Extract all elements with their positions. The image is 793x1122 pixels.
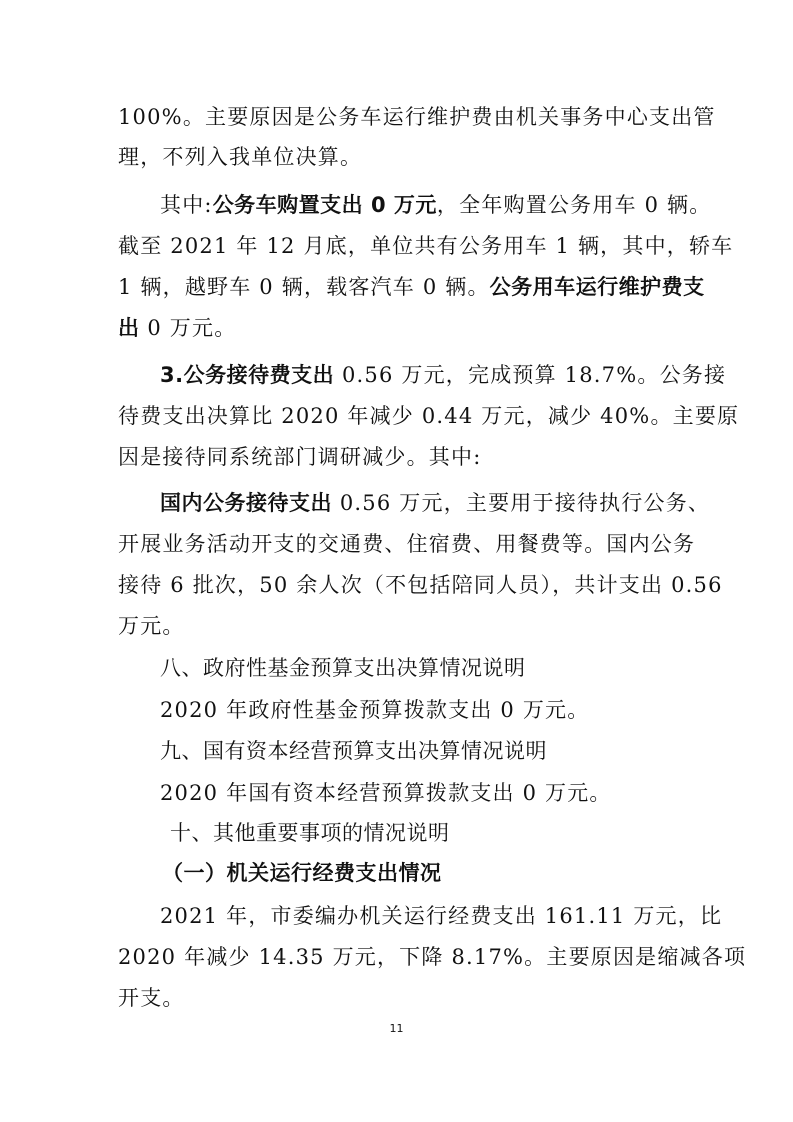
section-heading-10: 十、其他重要事项的情况说明	[170, 813, 450, 853]
section-heading-9: 九、国有资本经营预算支出决算情况说明	[160, 731, 547, 771]
text: 1 辆，越野车 0 辆，载客汽车 0 辆。	[118, 275, 490, 299]
text: 0.56 万元，完成预算 18.7%。公务接	[334, 363, 726, 387]
paragraph-line: 开展业务活动开支的交通费、住宿费、用餐费等。国内公务	[118, 524, 678, 564]
text: ，全年购置公务用车 0 辆。	[437, 193, 712, 217]
text: 理，不列入我单位决算。	[118, 145, 362, 169]
bold-text: 出	[118, 316, 140, 340]
text: 待费支出决算比 2020 年减少 0.44 万元，减少 40%。主要原	[118, 404, 739, 428]
bold-text: 公务用车运行维护费支	[490, 275, 705, 299]
text: 开展业务活动开支的交通费、住宿费、用餐费等。国内公务	[118, 532, 695, 556]
paragraph-line: 开支。	[118, 978, 185, 1018]
paragraph-line: 接待 6 批次，50 余人次（不包括陪同人员），共计支出 0.56	[118, 565, 678, 605]
text: 接待 6 批次，50 余人次（不包括陪同人员），共计支出 0.56	[118, 573, 723, 597]
page-number: 11	[0, 1022, 793, 1035]
paragraph-line: 因是接待同系统部门调研减少。其中:	[118, 437, 481, 477]
subsection-heading: （一）机关运行经费支出情况	[162, 853, 442, 893]
bold-text: 3.公务接待费支出	[160, 363, 334, 387]
section-heading-8: 八、政府性基金预算支出决算情况说明	[160, 648, 526, 688]
paragraph-line: 出 0 万元。	[118, 308, 236, 348]
section-body-8: 2020 年政府性基金预算拨款支出 0 万元。	[160, 690, 589, 730]
bold-text: 公务车购置支出 0 万元	[213, 193, 437, 217]
paragraph-line: 1 辆，越野车 0 辆，载客汽车 0 辆。公务用车运行维护费支	[118, 267, 678, 307]
text: 因是接待同系统部门调研减少。其中:	[118, 445, 481, 469]
text: 100%。主要原因是公务车运行维护费由机关事务中心支出管	[118, 105, 716, 129]
text: 0.56 万元，主要用于接待执行公务、	[332, 491, 710, 515]
paragraph-line: 2021 年，市委编办机关运行经费支出 161.11 万元，比	[160, 896, 678, 936]
paragraph-line: 3.公务接待费支出 0.56 万元，完成预算 18.7%。公务接	[160, 355, 678, 395]
paragraph-line: 100%。主要原因是公务车运行维护费由机关事务中心支出管	[118, 97, 678, 137]
text: 万元。	[118, 614, 185, 638]
paragraph-line: 万元。	[118, 606, 185, 646]
section-body-9: 2020 年国有资本经营预算拨款支出 0 万元。	[160, 773, 612, 813]
paragraph-line: 2020 年减少 14.35 万元，下降 8.17%。主要原因是缩减各项	[118, 937, 678, 977]
text: 其中:	[160, 193, 213, 217]
text: 0 万元。	[140, 316, 237, 340]
bold-text: 国内公务接待支出	[160, 491, 332, 515]
paragraph-line: 其中:公务车购置支出 0 万元，全年购置公务用车 0 辆。	[160, 185, 678, 225]
paragraph-line: 国内公务接待支出 0.56 万元，主要用于接待执行公务、	[160, 483, 678, 523]
text: 截至 2021 年 12 月底，单位共有公务用车 1 辆，其中，轿车	[118, 234, 733, 258]
paragraph-line: 理，不列入我单位决算。	[118, 137, 362, 177]
paragraph-line: 待费支出决算比 2020 年减少 0.44 万元，减少 40%。主要原	[118, 396, 678, 436]
paragraph-line: 截至 2021 年 12 月底，单位共有公务用车 1 辆，其中，轿车	[118, 226, 678, 266]
